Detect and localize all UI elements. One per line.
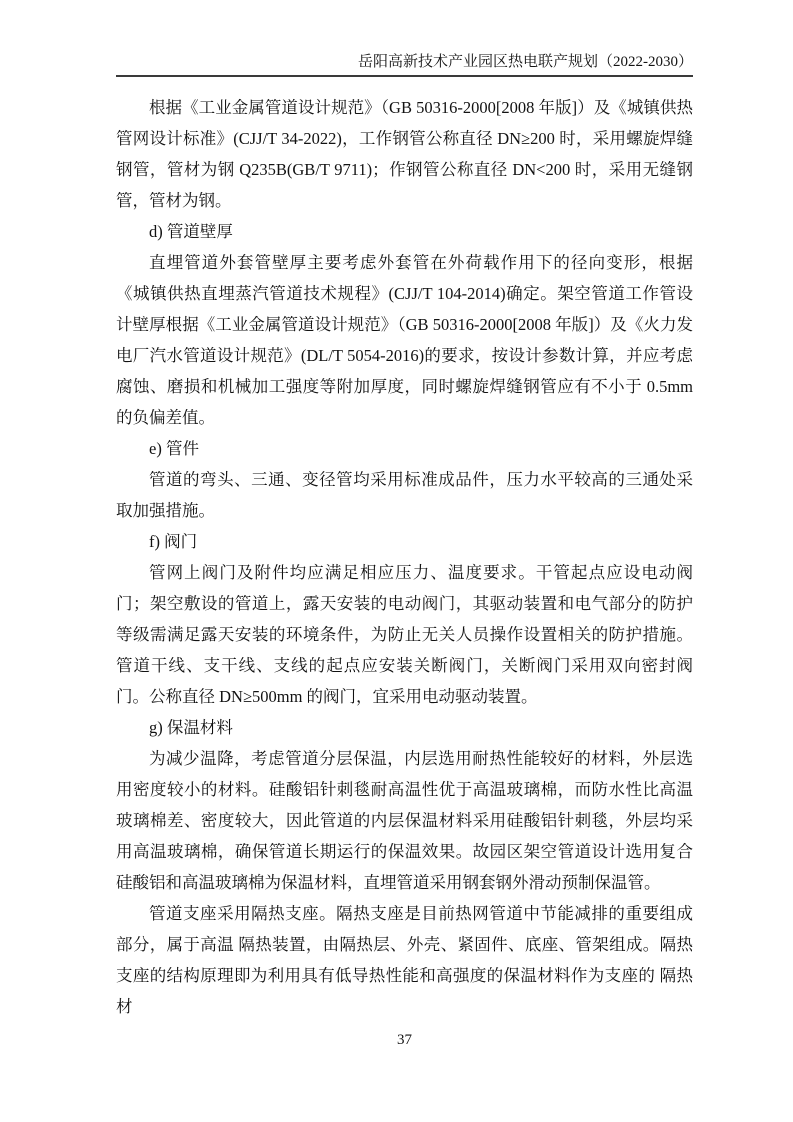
paragraph-insulation-material: 为减少温降，考虑管道分层保温，内层选用耐热性能较好的材料，外层选用密度较小的材料… <box>116 743 693 898</box>
paragraph-valves: 管网上阀门及附件均应满足相应压力、温度要求。干管起点应设电动阀门；架空敷设的管道… <box>116 557 693 712</box>
heading-e-pipe-fittings: e) 管件 <box>116 433 693 464</box>
paragraph-pipe-material-standards: 根据《工业金属管道设计规范》（GB 50316-2000[2008 年版]）及《… <box>116 92 693 216</box>
page-number: 37 <box>397 1032 412 1048</box>
paragraph-wall-thickness-design: 直埋管道外套管壁厚主要考虑外套管在外荷载作用下的径向变形，根据《城镇供热直埋蒸汽… <box>116 247 693 433</box>
heading-f-valves: f) 阀门 <box>116 526 693 557</box>
page-header: 岳阳高新技术产业园区热电联产规划（2022-2030） <box>116 52 693 77</box>
paragraph-fittings: 管道的弯头、三通、变径管均采用标准成品件，压力水平较高的三通处采取加强措施。 <box>116 464 693 526</box>
heading-g-insulation-material: g) 保温材料 <box>116 712 693 743</box>
paragraph-pipe-supports: 管道支座采用隔热支座。隔热支座是目前热网管道中节能减排的重要组成部分，属于高温 … <box>116 898 693 1022</box>
page-footer: 37 <box>116 1030 693 1050</box>
heading-d-pipe-wall-thickness: d) 管道壁厚 <box>116 216 693 247</box>
header-title: 岳阳高新技术产业园区热电联产规划（2022-2030） <box>358 54 693 70</box>
document-page: 岳阳高新技术产业园区热电联产规划（2022-2030） 根据《工业金属管道设计规… <box>0 0 793 1122</box>
document-body: 根据《工业金属管道设计规范》（GB 50316-2000[2008 年版]）及《… <box>116 92 693 1022</box>
